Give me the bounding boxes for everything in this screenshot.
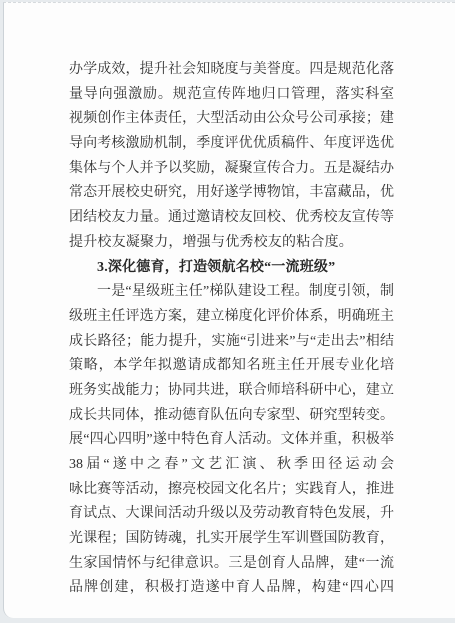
text-line: 38届“遂中之春”文艺汇演、秋季田径运动会及“12.9”歌 — [69, 453, 394, 478]
document-page: 办学成效，提升社会知晓度与美誉度。四是规范化落地，质量导向强激励。规范宣传阵地归… — [3, 2, 455, 618]
text-line: 生家国情怀与纪律意识。三是创育人品牌，建“一流班级”。 — [69, 552, 394, 577]
text-line: 展“四心四明”遂中特色育人活动。文体并重，积极举办第 — [69, 428, 394, 453]
text-line: 提升校友凝聚力，增强与优秀校友的粘合度。 — [69, 231, 394, 256]
text-line: 光课程；国防铸魂，扎实开展学生军训暨国防教育，增强学 — [69, 527, 394, 552]
text-line: 策略，本学年拟邀请成都知名班主任开展专业化培训，提升 — [69, 354, 394, 379]
text-line: 团结校友力量。通过邀请校友回校、优秀校友宣传等活动， — [69, 206, 394, 231]
document-viewer-background: 办学成效，提升社会知晓度与美誉度。四是规范化落地，质量导向强激励。规范宣传阵地归… — [0, 0, 455, 623]
text-line: 成长共同体，推动德育队伍向专家型、研究型转变。二是开 — [69, 404, 394, 429]
text-line: 量导向强激励。规范宣传阵地归口管理，落实科室稿、图、 — [69, 83, 394, 108]
text-line: 集体与个人并予以奖励，凝聚宣传合力。五是凝结办学文化。 — [69, 157, 394, 182]
text-line: 导向考核激励机制，季度评优优质稿件、年度评选优秀宣传 — [69, 132, 394, 157]
text-line: 成长路径；能力提升，实施“引进来”与“走出去”相结合 — [69, 330, 394, 355]
text-line: 常态开展校史研究，用好遂学博物馆，丰富藏品，优化布局。 — [69, 181, 394, 206]
text-line: 育试点、大课间活动升级以及劳动教育特色发展，升级“食” — [69, 502, 394, 527]
text-line: 级班主任评选方案，建立梯度化评价体系，明确班主任专业 — [69, 305, 394, 330]
text-line: 视频创作主体责任，大型活动由公众号公司承接；建立质量 — [69, 107, 394, 132]
text-line: 品牌创建，积极打造遂中育人品牌，构建“四心四明”的育 — [69, 576, 394, 601]
page-text: 办学成效，提升社会知晓度与美誉度。四是规范化落地，质量导向强激励。规范宣传阵地归… — [69, 58, 394, 601]
text-line: 一是“星级班主任”梯队建设工程。制度引领，制定星 — [69, 280, 394, 305]
section-heading: 3.深化德育，打造领航名校“一流班级” — [69, 256, 394, 281]
text-line: 班务实战能力；协同共进，联合师培科研中心，建立班主任 — [69, 379, 394, 404]
text-line: 咏比赛等活动，擦亮校园文化名片；实践育人，推进特色体 — [69, 478, 394, 503]
text-line: 办学成效，提升社会知晓度与美誉度。四是规范化落地，质 — [69, 58, 394, 83]
